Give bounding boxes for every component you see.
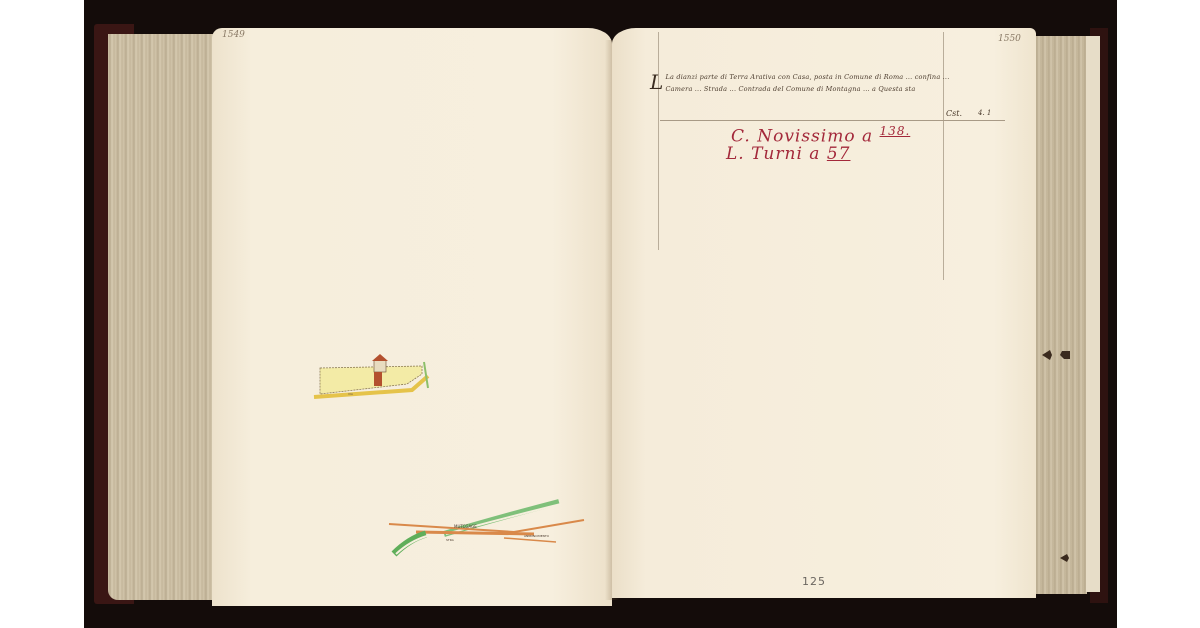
initial-capital: L [650, 72, 663, 92]
svg-text:STRA: STRA [446, 538, 455, 542]
parcel-plan-drawing: VIA [312, 352, 432, 402]
right-page [612, 28, 1036, 598]
red-note-value: 57 [827, 144, 851, 164]
entry-amount: 4. 1 [978, 109, 991, 117]
margin-rule-right [943, 32, 944, 280]
svg-text:MUTCGAGE: MUTCGAGE [454, 524, 477, 529]
page-block-left [108, 34, 216, 600]
clasp-mark-icon [1040, 348, 1080, 362]
stamp-number: 125 [802, 575, 826, 588]
entry-signature: Cst. [946, 109, 962, 118]
roads-plan-drawing: MUTCGAGE ANNONCIMENTO STRA [384, 494, 589, 564]
red-note-label: L. Turni a [726, 144, 820, 164]
page-block-right [1035, 36, 1087, 594]
ledger-entry: L La dianzi parte di Terra Arativa con C… [650, 72, 970, 95]
margin-rule-left [658, 32, 659, 250]
red-note-value: 138. [880, 124, 911, 138]
page-block-right-edge [1086, 36, 1100, 592]
ledger-entry-text: La dianzi parte di Terra Arativa con Cas… [665, 73, 949, 93]
folio-number-left: 1549 [222, 30, 245, 40]
red-note-turni: L. Turni a 57 [726, 144, 850, 164]
folio-number-right: 1550 [998, 34, 1021, 44]
svg-text:ANNONCIMENTO: ANNONCIMENTO [524, 534, 550, 538]
entry-rule [660, 120, 1005, 121]
clasp-mark-icon [1058, 552, 1072, 564]
